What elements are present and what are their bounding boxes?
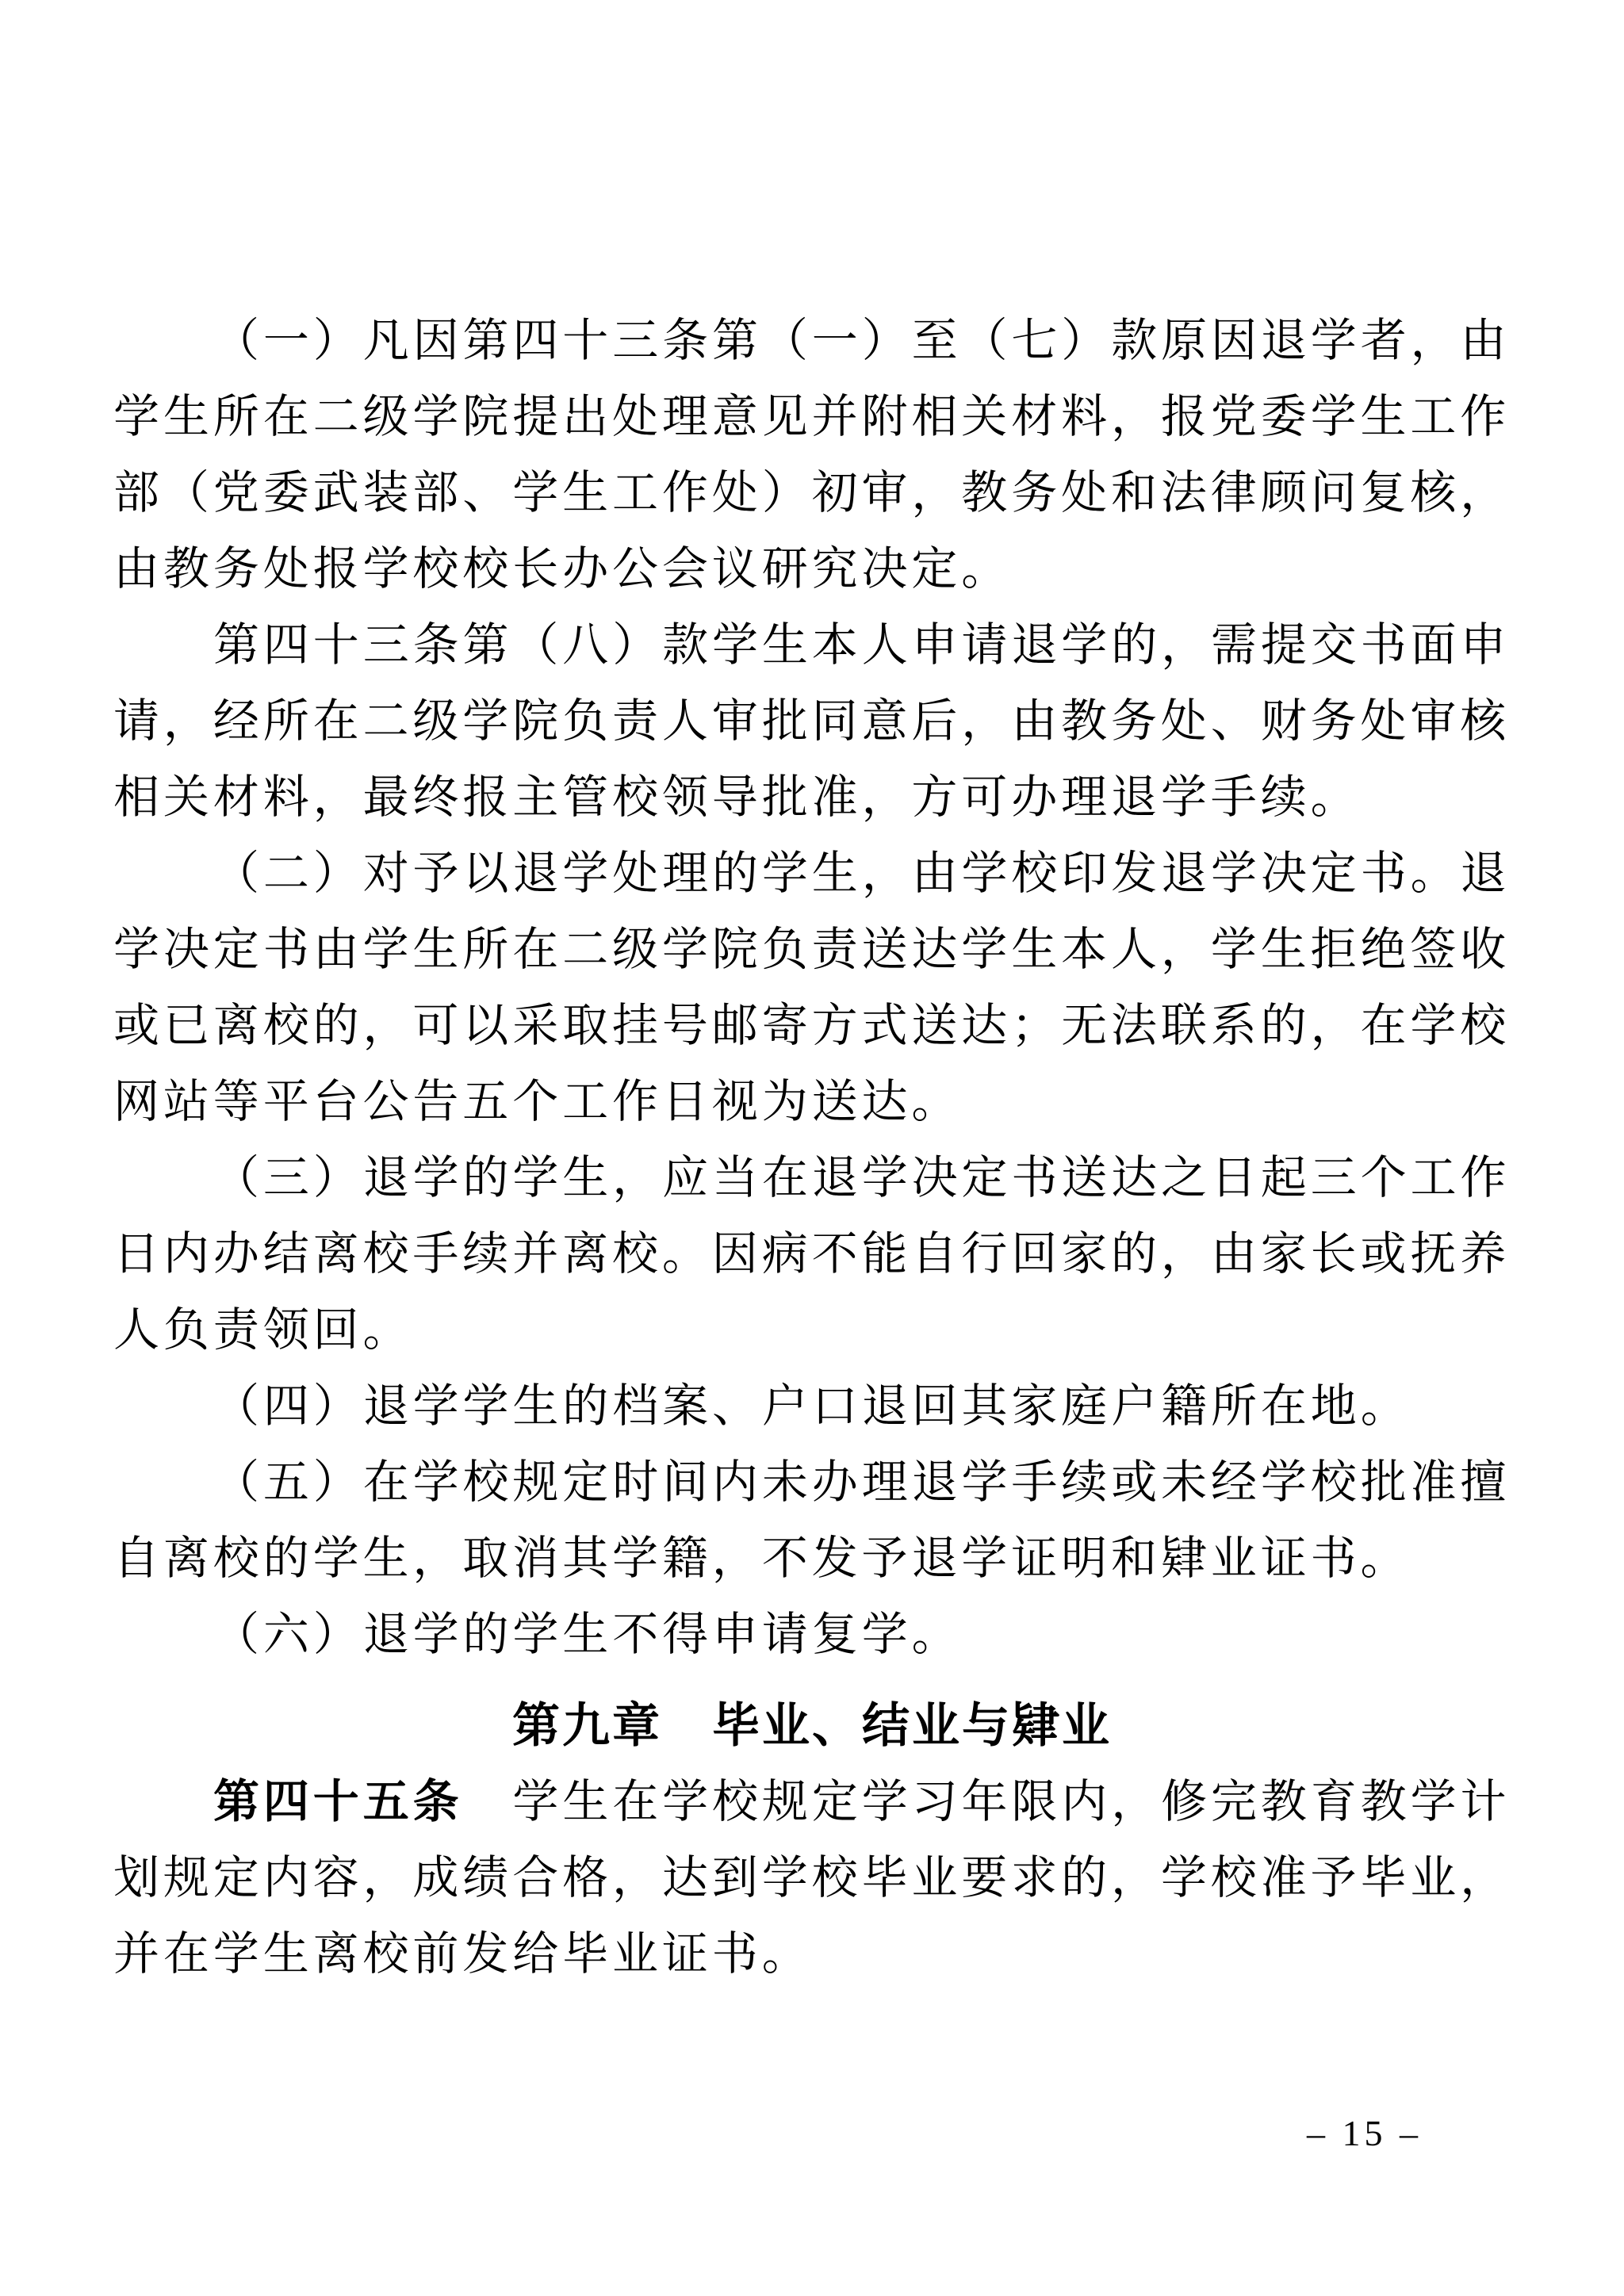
doc-line: 并在学生离校前发给毕业证书。: [113, 1916, 1511, 1992]
doc-line: 人负责领回。: [113, 1292, 1511, 1368]
article-text: 学生在学校规定学习年限内，修完教育教学计: [463, 1776, 1511, 1827]
doc-line: 部（党委武装部、学生工作处）初审，教务处和法律顾问复核，: [113, 455, 1511, 531]
doc-line: （五）在学校规定时间内未办理退学手续或未经学校批准擅: [113, 1445, 1511, 1521]
doc-line: （四）退学学生的档案、户口退回其家庭户籍所在地。: [113, 1368, 1511, 1445]
doc-line: 划规定内容，成绩合格，达到学校毕业要求的，学校准予毕业，: [113, 1840, 1511, 1916]
article-number: 第四十五条: [213, 1776, 463, 1827]
chapter-heading: 第九章 毕业、结业与肄业: [113, 1688, 1511, 1764]
doc-line: 第四十三条第（八）款学生本人申请退学的，需提交书面申: [113, 607, 1511, 683]
doc-line: （二）对予以退学处理的学生，由学校印发退学决定书。退: [113, 836, 1511, 912]
doc-line: （三）退学的学生，应当在退学决定书送达之日起三个工作: [113, 1140, 1511, 1216]
page-number: – 15 –: [1307, 2112, 1422, 2154]
doc-line: 相关材料，最终报主管校领导批准，方可办理退学手续。: [113, 760, 1511, 836]
document-body: （一）凡因第四十三条第（一）至（七）款原因退学者，由 学生所在二级学院提出处理意…: [113, 303, 1511, 1992]
doc-line-article: 第四十五条 学生在学校规定学习年限内，修完教育教学计: [113, 1764, 1511, 1840]
doc-line: （一）凡因第四十三条第（一）至（七）款原因退学者，由: [113, 303, 1511, 379]
doc-line: （六）退学的学生不得申请复学。: [113, 1597, 1511, 1673]
doc-line: 请，经所在二级学院负责人审批同意后，由教务处、财务处审核: [113, 683, 1511, 760]
doc-line: 或已离校的，可以采取挂号邮寄方式送达；无法联系的，在学校: [113, 988, 1511, 1064]
doc-line: 由教务处报学校校长办公会议研究决定。: [113, 531, 1511, 607]
doc-line: 学生所在二级学院提出处理意见并附相关材料，报党委学生工作: [113, 379, 1511, 455]
doc-line: 日内办结离校手续并离校。因病不能自行回家的，由家长或抚养: [113, 1216, 1511, 1292]
document-page: （一）凡因第四十三条第（一）至（七）款原因退学者，由 学生所在二级学院提出处理意…: [0, 0, 1624, 2296]
doc-line: 网站等平台公告五个工作日视为送达。: [113, 1064, 1511, 1140]
doc-line: 自离校的学生，取消其学籍，不发予退学证明和肄业证书。: [113, 1521, 1511, 1597]
doc-line: 学决定书由学生所在二级学院负责送达学生本人，学生拒绝签收: [113, 912, 1511, 988]
